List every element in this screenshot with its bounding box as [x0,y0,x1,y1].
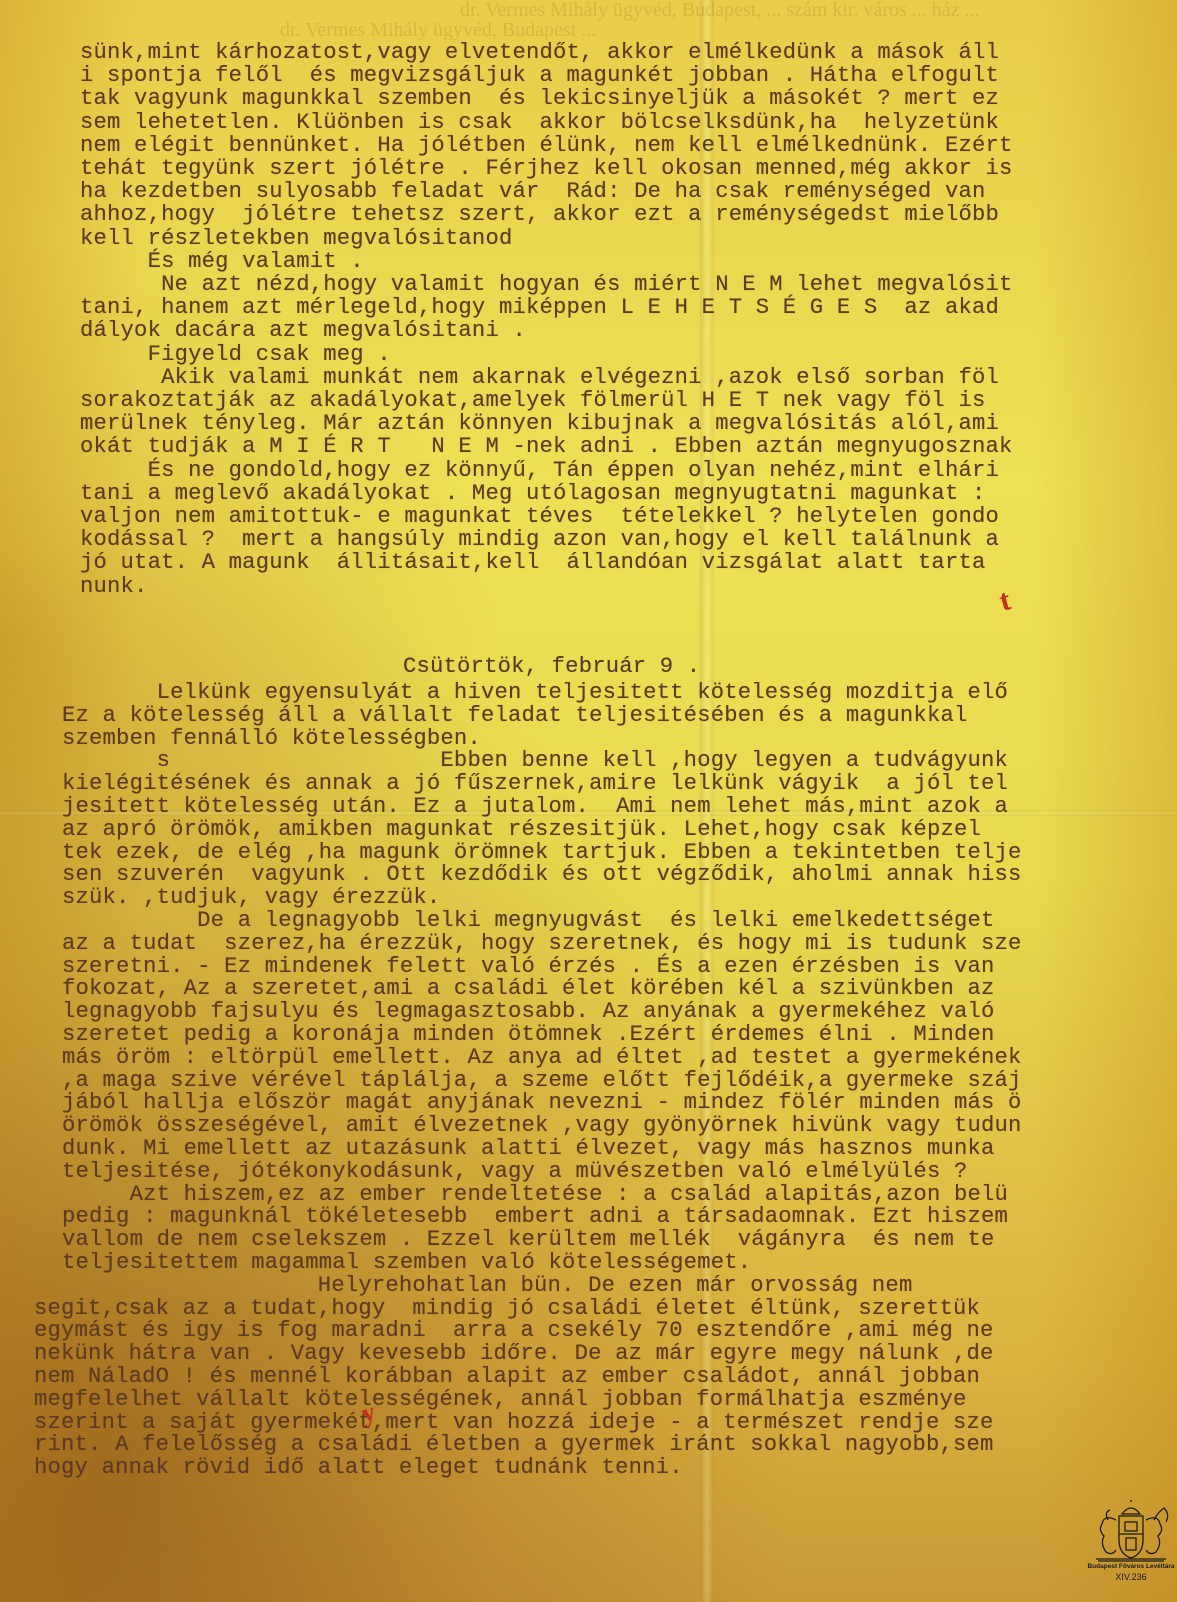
text-line: sem lehetetlen. Klüönben is csak akkor b… [80,112,999,134]
text-line: pedig : magunknál tökéletesebb embert ad… [62,1206,1008,1228]
text-line: segit,csak az a tudat,hogy mindig jó csa… [34,1298,980,1320]
archive-name: Budapest Főváros Levéltára [1085,1563,1177,1570]
text-line: ha kezdetben sulyosabb feladat vár Rád: … [80,181,985,203]
bleed-through-line: dr. Vermes Mihály ügyvéd, Budapest, ... … [220,0,1177,20]
text-line: tani, hanem azt mérlegeld,hogy miképpen … [80,297,999,319]
text-line: ,a maga szive vérével táplálja, a szeme … [62,1070,1022,1092]
text-line: fokozat, Az a szeretet,ami a családi éle… [62,978,995,1000]
text-line: valjon nem amitottuk- e magunkat téves t… [80,506,999,528]
text-line: jó utat. A magunk állitásait,kell álland… [80,552,985,574]
text-line: jából hallja először magát anyjának neve… [62,1092,1022,1114]
text-line: És ne gondold,hogy ez könnyű, Tán éppen … [80,460,999,482]
text-line: nekünk hátra van . Vagy kevesebb időre. … [34,1343,994,1365]
text-line: kodással ? mert a hangsúly mindig azon v… [80,529,999,551]
text-line: i spontja felől és megvizsgáljuk a magun… [80,65,999,87]
text-line: kell részletekben megvalósitanod [80,228,512,250]
text-line: okát tudják a M I É R T N E M -nek adni … [80,436,1013,458]
archive-code: XIV.236 [1085,1572,1177,1582]
text-line: más öröm : eltörpül emellett. Az anya ad… [62,1047,1022,1069]
text-line: Akik valami munkát nem akarnak elvégezni… [80,367,999,389]
text-line: szerint a saját gyermekét,mert van hozzá… [34,1412,994,1434]
text-line: Lelkünk egyensulyát a hiven teljesitett … [62,682,1008,704]
bleed-through-line: dr. Vermes Mihály ügyvéd, Budapest ... [220,20,1177,40]
text-line: tak vagyunk magunkkal szemben és lekicsi… [80,88,999,110]
coat-of-arms-icon [1086,1500,1176,1562]
section-heading: Csütörtök, február 9 . [403,656,700,678]
text-line: szemben fennálló kötelességben. [62,728,481,750]
text-line: Ez a kötelesség áll a vállalt feladat te… [62,705,967,727]
text-line: De a legnagyobb lelki megnyugvást és lel… [62,910,995,932]
text-line: szeretet pedig a koronája minden ötömnek… [62,1024,995,1046]
text-line: Azt hiszem,ez az ember rendeltetése : a … [62,1184,1008,1206]
text-line: jesitett kötelesség után. Ez a jutalom. … [62,796,1008,818]
text-line: hogy annak rövid idő alatt eleget tudnán… [34,1457,683,1479]
text-line: tek ezek, de elég ,ha magunk örömnek tar… [62,842,1022,864]
text-line: merülnek tényleg. Már aztán könnyen kibu… [80,413,999,435]
text-line: s Ebben benne kell ,hogy legyen a tudvág… [62,750,1008,772]
text-line: Figyeld csak meg . [80,344,391,366]
text-line: dunk. Mi emellett az utazásunk alatti él… [62,1138,995,1160]
text-line: teljesitése, jótékonykodásunk, vagy a mü… [62,1161,967,1183]
text-line: Ne azt nézd,hogy valamit hogyan és miért… [80,274,1013,296]
text-line: az apró örömök, amikben magunkat részesi… [62,819,981,841]
text-line: örömök összeségével, amit élvezetnek ,va… [62,1115,1022,1137]
text-line: tehát tegyünk szert jólétre . Férjhez ke… [80,158,1013,180]
text-line: szeretni. - Ez mindenek felett való érzé… [62,956,995,978]
text-line: ahhoz,hogy jólétre tehetsz szert, akkor … [80,204,999,226]
text-line: rint. A felelősség a családi életben a g… [34,1434,994,1456]
handwritten-correction-t: t [996,583,1014,618]
archive-stamp: Budapest Főváros Levéltára XIV.236 [1085,1500,1177,1600]
text-line: tani a meglevő akadályokat . Meg utólago… [80,483,985,505]
text-line: szük. ,tudjuk, vagy érezzük. [62,887,440,909]
text-line: az a tudat szerez,ha érezzük, hogy szere… [62,933,1022,955]
text-line: kielégitésének és annak a jó fűszernek,a… [62,773,1008,795]
text-line: nem elégit bennünket. Ha jólétben élünk,… [80,135,1013,157]
text-line: egymást és igy is fog maradni arra a cse… [34,1320,994,1342]
text-line: sen szuverén vagyunk . Ott kezdődik és o… [62,864,1022,886]
text-line: megfelelhet vállalt kötelességének, anná… [34,1389,967,1411]
text-line: sünk,mint kárhozatost,vagy elvetendőt, a… [80,42,999,64]
text-line: nunk. [80,576,148,598]
text-line: legnagyobb fajsulyu és legmagasztosabb. … [62,1001,995,1023]
bleed-through-text: dr. Vermes Mihály ügyvéd, Budapest, ... … [220,0,1177,40]
text-line: teljesitettem magammal szemben való köte… [62,1252,751,1274]
text-line: dályok dacára azt megvalósitani . [80,320,526,342]
text-line: És még valamit . [80,251,364,273]
text-line: Helyrehohatlan bün. De ezen már orvosság… [34,1275,912,1297]
text-line: sorakoztatják az akadályokat,amelyek föl… [80,390,985,412]
text-line: vallom de nem cselekszem . Ezzel kerülte… [62,1229,995,1251]
text-line: nem NáladO ! és mennél korábban alapit a… [34,1366,980,1388]
